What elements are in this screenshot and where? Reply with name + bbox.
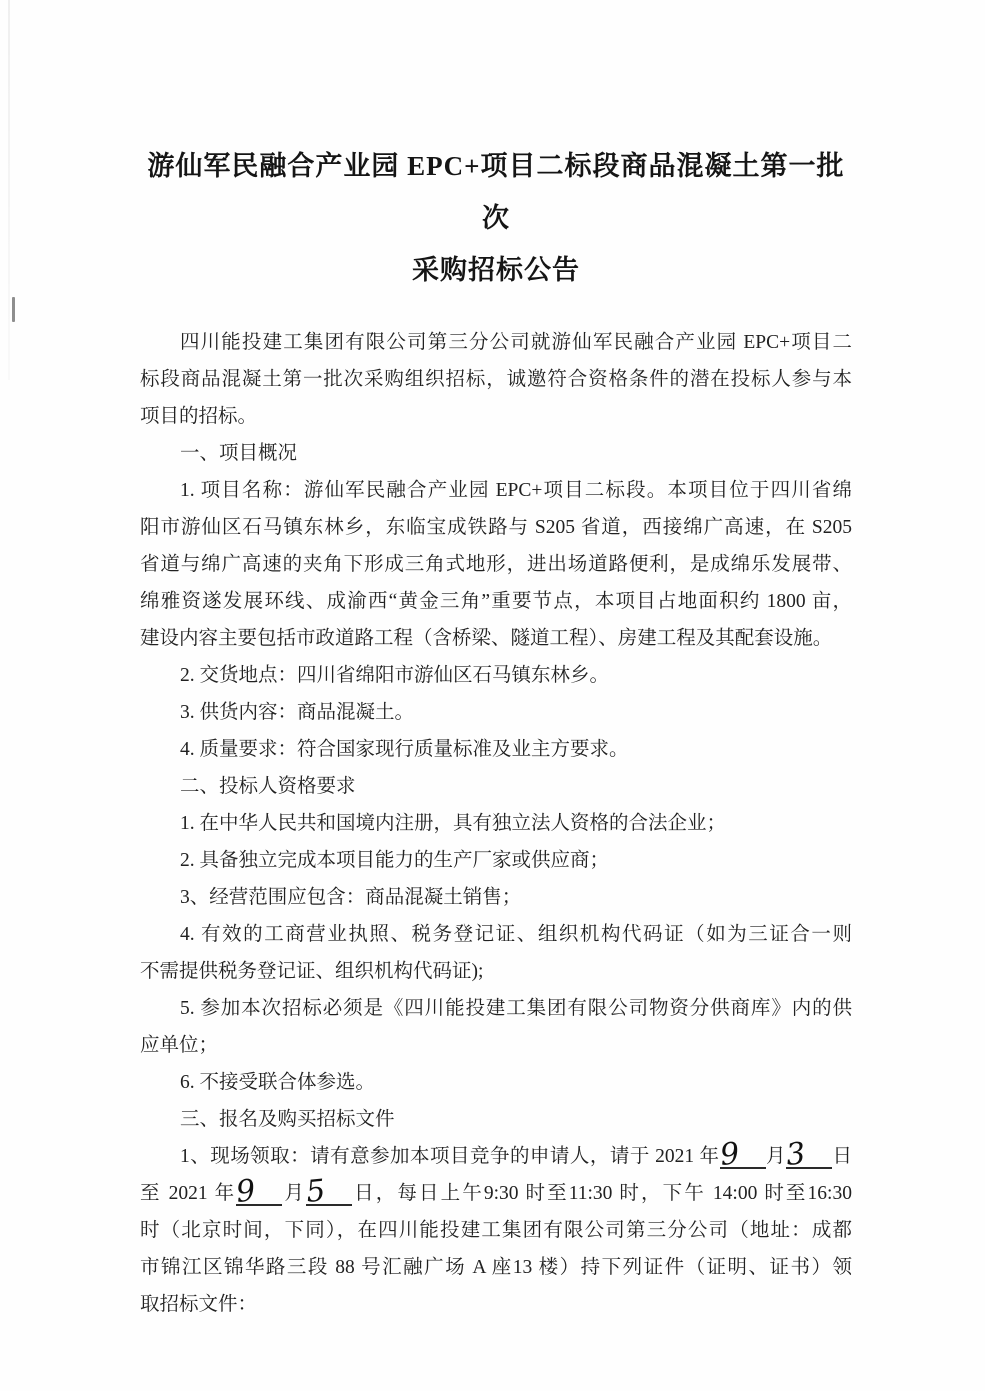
document-line: 1、现场领取：请有意参加本项目竞争的申请人，请于 2021 年9月3日 [140,1138,852,1175]
scan-tick-artifact [12,297,15,322]
document-body: 四川能投建工集团有限公司第三分公司就游仙军民融合产业园 EPC+项目二标段商品混… [140,324,852,1323]
document-line: 二、投标人资格要求 [140,768,852,805]
document-line: 标段商品混凝土第一批次采购组织招标，诚邀符合资格条件的潜在投标人参与本 [140,361,852,398]
text-run: 6. 不接受联合体参选。 [180,1072,375,1093]
handwritten-digit: 9 [719,1144,740,1166]
tender-announcement-document: 游仙军民融合产业园 EPC+项目二标段商品混凝土第一批次 采购招标公告 四川能投… [140,0,852,1323]
handwritten-digit: 9 [235,1181,256,1203]
document-line: 至 2021 年9月5日，每日上午9:30 时至11:30 时，下午 14:00… [140,1175,852,1212]
document-line: 应单位； [140,1027,852,1064]
text-run: 1. 在中华人民共和国境内注册，具有独立法人资格的合法企业； [180,813,726,834]
scan-edge-artifact [8,0,10,380]
document-line: 5. 参加本次招标必须是《四川能投建工集团有限公司物资分供商库》内的供 [140,990,852,1027]
text-run: 四川能投建工集团有限公司第三分公司就游仙军民融合产业园 EPC+项目二 [180,332,852,353]
text-run: 二、投标人资格要求 [180,776,356,797]
document-line: 2. 具备独立完成本项目能力的生产厂家或供应商； [140,842,852,879]
text-run: 月 [766,1146,786,1167]
document-line: 4. 有效的工商营业执照、税务登记证、组织机构代码证（如为三证合一则 [140,916,852,953]
text-run: 时（北京时间，下同），在四川能投建工集团有限公司第三分公司（地址：成都 [140,1220,852,1241]
document-line: 建设内容主要包括市政道路工程（含桥梁、隧道工程）、房建工程及其配套设施。 [140,620,852,657]
text-run: 市锦江区锦华路三段 88 号汇融广场 A 座13 楼）持下列证件（证明、证书）领 [140,1257,852,1278]
text-run: 4. 质量要求：符合国家现行质量标准及业主方要求。 [180,739,629,760]
text-run: 项目的招标。 [140,406,257,427]
document-line: 2. 交货地点：四川省绵阳市游仙区石马镇东林乡。 [140,657,852,694]
text-run: 2. 交货地点：四川省绵阳市游仙区石马镇东林乡。 [180,665,609,686]
text-run: 一、项目概况 [180,443,297,464]
text-run: 应单位； [140,1035,218,1056]
text-run: 绵雅资遂发展环线、成渝西“黄金三角”重要节点，本项目占地面积约 1800 亩， [140,591,852,612]
handwritten-digit: 5 [305,1181,326,1203]
document-line: 一、项目概况 [140,435,852,472]
document-line: 项目的招标。 [140,398,852,435]
fill-in-blank-underline: 9 [720,1143,766,1169]
text-run: 月 [282,1183,306,1204]
text-run: 阳市游仙区石马镇东林乡，东临宝成铁路与 S205 省道，西接绵广高速，在 S20… [140,517,852,538]
document-line: 取招标文件： [140,1286,852,1323]
text-run: 建设内容主要包括市政道路工程（含桥梁、隧道工程）、房建工程及其配套设施。 [140,628,832,649]
text-run: 4. 有效的工商营业执照、税务登记证、组织机构代码证（如为三证合一则 [180,924,852,945]
text-run: 1. 项目名称：游仙军民融合产业园 EPC+项目二标段。本项目位于四川省绵 [180,480,852,501]
document-line: 6. 不接受联合体参选。 [140,1064,852,1101]
document-line: 不需提供税务登记证、组织机构代码证); [140,953,852,990]
document-line: 市锦江区锦华路三段 88 号汇融广场 A 座13 楼）持下列证件（证明、证书）领 [140,1249,852,1286]
document-line: 3. 供货内容：商品混凝土。 [140,694,852,731]
document-line: 四川能投建工集团有限公司第三分公司就游仙军民融合产业园 EPC+项目二 [140,324,852,361]
text-run: 日，每日上午9:30 时至11:30 时，下午 14:00 时至16:30 [352,1183,852,1204]
document-title: 游仙军民融合产业园 EPC+项目二标段商品混凝土第一批次 采购招标公告 [140,140,852,296]
document-page: 游仙军民融合产业园 EPC+项目二标段商品混凝土第一批次 采购招标公告 四川能投… [0,0,985,1391]
text-run: 三、报名及购买招标文件 [180,1109,395,1130]
document-line: 4. 质量要求：符合国家现行质量标准及业主方要求。 [140,731,852,768]
document-line: 阳市游仙区石马镇东林乡，东临宝成铁路与 S205 省道，西接绵广高速，在 S20… [140,509,852,546]
text-run: 取招标文件： [140,1294,257,1315]
document-title-line2: 采购招标公告 [140,244,852,296]
text-run: 5. 参加本次招标必须是《四川能投建工集团有限公司物资分供商库》内的供 [180,998,852,1019]
text-run: 2. 具备独立完成本项目能力的生产厂家或供应商； [180,850,609,871]
document-line: 三、报名及购买招标文件 [140,1101,852,1138]
document-title-line1: 游仙军民融合产业园 EPC+项目二标段商品混凝土第一批次 [140,140,852,244]
fill-in-blank-underline: 3 [786,1143,832,1169]
document-line: 1. 项目名称：游仙军民融合产业园 EPC+项目二标段。本项目位于四川省绵 [140,472,852,509]
text-run: 1、现场领取：请有意参加本项目竞争的申请人，请于 2021 年 [180,1146,720,1167]
document-line: 绵雅资遂发展环线、成渝西“黄金三角”重要节点，本项目占地面积约 1800 亩， [140,583,852,620]
document-line: 省道与绵广高速的夹角下形成三角式地形，进出场道路便利，是成绵乐发展带、 [140,546,852,583]
handwritten-digit: 3 [785,1144,806,1166]
document-line: 时（北京时间，下同），在四川能投建工集团有限公司第三分公司（地址：成都 [140,1212,852,1249]
text-run: 不需提供税务登记证、组织机构代码证); [140,961,483,982]
text-run: 日 [832,1146,852,1167]
text-run: 省道与绵广高速的夹角下形成三角式地形，进出场道路便利，是成绵乐发展带、 [140,554,852,575]
text-run: 标段商品混凝土第一批次采购组织招标，诚邀符合资格条件的潜在投标人参与本 [140,369,852,390]
fill-in-blank-underline: 9 [236,1180,282,1206]
text-run: 3、经营范围应包含：商品混凝土销售； [180,887,521,908]
document-line: 1. 在中华人民共和国境内注册，具有独立法人资格的合法企业； [140,805,852,842]
text-run: 3. 供货内容：商品混凝土。 [180,702,414,723]
document-line: 3、经营范围应包含：商品混凝土销售； [140,879,852,916]
text-run: 至 2021 年 [140,1183,236,1204]
fill-in-blank-underline: 5 [306,1180,352,1206]
